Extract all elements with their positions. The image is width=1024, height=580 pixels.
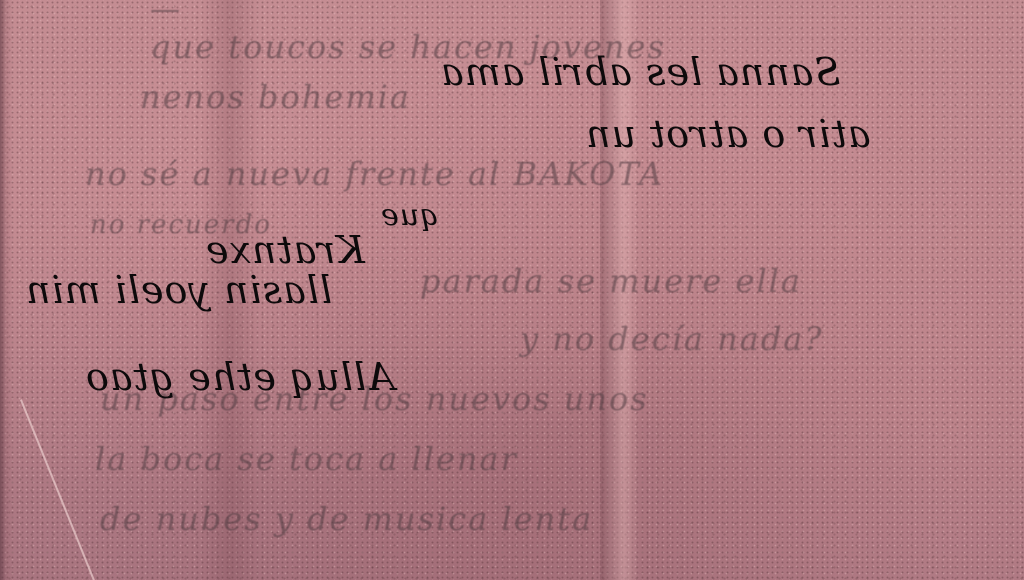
ink-line-1: atir o atrot un <box>585 112 871 156</box>
ink-line-2: que <box>380 198 439 233</box>
pencil-line-3: no sé a nueva frente al BAKOTA <box>85 155 664 193</box>
ink-line-0: Sanna les abril ama <box>440 50 840 94</box>
paper-left-edge <box>0 0 14 580</box>
ink-line-4: llasin yoeli min <box>25 268 332 312</box>
pencil-line-5: parada se muere ella <box>420 262 802 300</box>
pencil-line-6: y no decía nada? <box>520 320 824 358</box>
pencil-line-8: la boca se toca a llenar <box>95 440 518 478</box>
pencil-line-2: nenos bohemia <box>140 78 411 116</box>
ink-line-5: Alluq ethe gtao <box>85 355 395 399</box>
pencil-line-0: — <box>150 0 182 27</box>
pencil-line-9: de nubes y de musica lenta <box>100 500 593 538</box>
ink-line-3: Kratnxe <box>205 228 365 272</box>
